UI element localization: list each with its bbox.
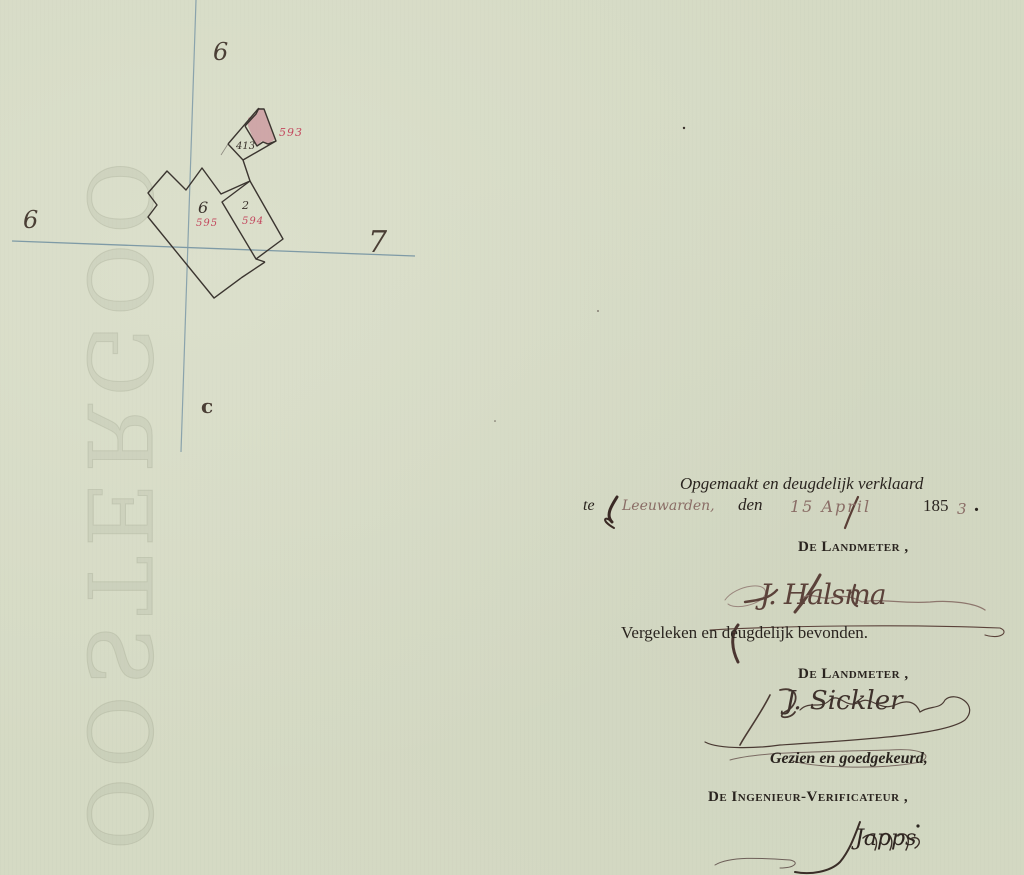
grid-label-bottom: c xyxy=(201,394,213,418)
parcel-section-number: 2 xyxy=(242,199,249,212)
certification-line-3: Gezien en goedgekeurd, xyxy=(770,750,928,768)
parcel-section-number: 413 xyxy=(236,141,255,152)
year-printed: 185 xyxy=(923,496,949,516)
role-landmeter-2: De Landmeter , xyxy=(798,666,909,683)
year-handwritten-digit: 3 xyxy=(957,500,967,518)
place-flourish xyxy=(609,497,617,522)
role-ingenieur-verificateur: De Ingenieur-Verificateur , xyxy=(708,789,908,806)
vertical-grid-line xyxy=(181,0,196,452)
place-handwritten: Leeuwarden, xyxy=(622,498,715,514)
parcel-section-number: 6 xyxy=(198,198,208,217)
cadastral-map xyxy=(0,0,1024,875)
signature-sickler-visible: J. Sickler xyxy=(785,686,903,716)
certification-line-1: Opgemaakt en deugdelijk verklaard xyxy=(680,474,923,494)
date-handwritten: 15 April xyxy=(790,497,871,516)
horizontal-grid-line xyxy=(12,241,415,256)
signature-halsma-visible: J. Halsma xyxy=(760,578,886,611)
period: . xyxy=(974,494,979,517)
role-landmeter-1: De Landmeter , xyxy=(798,539,909,556)
grid-label-left: 6 xyxy=(23,206,38,234)
signature-japps-visible: Japps xyxy=(855,826,916,851)
certification-den: den xyxy=(738,495,763,515)
grid-label-right: 7 xyxy=(368,225,387,260)
parcel-cadastral-number: 595 xyxy=(196,218,218,229)
parcel-595-outline xyxy=(148,160,250,298)
grid-label-top: 6 xyxy=(213,38,228,66)
parcel-cadastral-number: 593 xyxy=(279,126,303,139)
parcel-cadastral-number: 594 xyxy=(242,216,264,227)
certification-line-2: Vergeleken en deugdelijk bevonden. xyxy=(621,623,868,643)
certification-te: te xyxy=(583,497,595,515)
